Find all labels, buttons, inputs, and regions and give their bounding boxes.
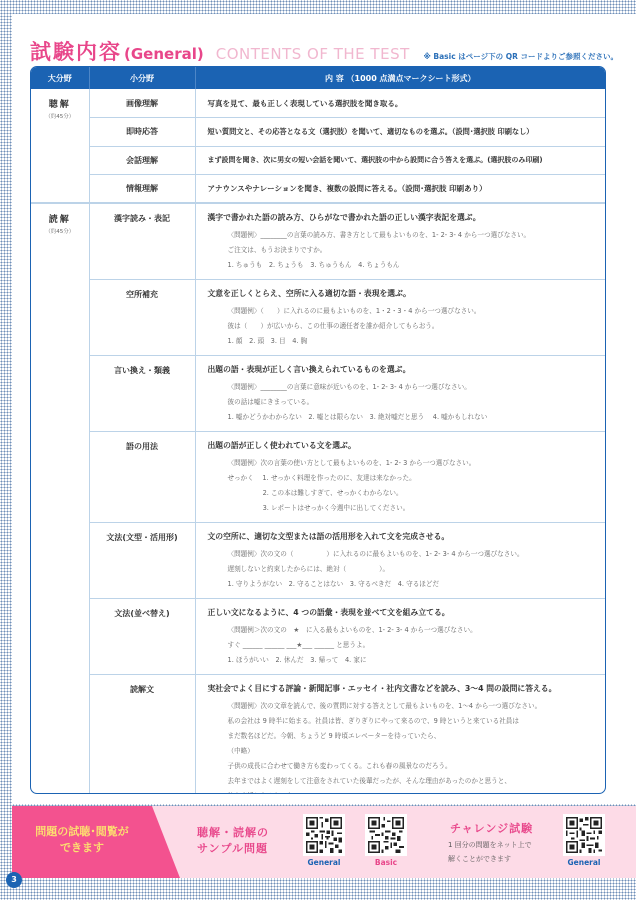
col-major: 大分野 (31, 67, 89, 89)
content-text: まず設問を聞き、次に男女の短い会話を聞いて、選択肢の中から設問に合う答えを選ぶ。… (195, 146, 605, 175)
content-cell: 文意を正しくとらえ、空所に入る適切な語・表現を選ぶ。 〈問題例〉（ ）に入れるの… (195, 280, 605, 356)
basic-note: ※ Basic はページ下の QR コードよりご参照ください。 (424, 51, 619, 62)
sample-label: 聴解・読解の サンプル問題 (197, 825, 269, 857)
minor-label: 会話理解 (89, 146, 195, 175)
example-line: 〈問題例＞次の文の ★ に入る最もよいものを、1- 2- 3- 4 から一つ選び… (208, 623, 598, 638)
minor-label: 文法(文型・活用形) (89, 523, 195, 599)
page-title-general: (General) (124, 45, 204, 63)
challenge-desc: 1 回分の問題をネット上で 解くことができます (448, 838, 532, 866)
major-reading: 読解 （約45分） (31, 203, 89, 794)
example-line: 〈問題例〉次の言葉の使い方として最もよいものを、1- 2- 3 から一つ選びなさ… (208, 456, 598, 471)
example-line: 去年まではよく遅刻をして注意をされていた後輩だったが、そんな理由があったのかと思… (208, 774, 598, 789)
example-line: ご注文は、もうお決まりですか。 (208, 243, 598, 258)
qr-sample-general[interactable]: General (300, 814, 348, 867)
table-row: 空所補充 文意を正しくとらえ、空所に入る適切な語・表現を選ぶ。 〈問題例〉（ ）… (31, 280, 605, 356)
minor-label: 空所補充 (89, 280, 195, 356)
minor-label: 画像理解 (89, 89, 195, 118)
example-line: 1. ほうがいい 2. 休んだ 3. 帰って 4. 家に (208, 653, 598, 668)
table-row: 聴解 （約45分） 画像理解 写真を見て、最も正しく表現している選択肢を聞き取る… (31, 89, 605, 118)
qr-code-icon[interactable] (563, 814, 605, 856)
example-line: 〈問題例〉次の文の（ ）に入れるのに最もよいものを、1- 2- 3- 4 から一… (208, 547, 598, 562)
example-line: 1. 守りようがない 2. 守ることはない 3. 守るべきだ 4. 守るほどだ (208, 577, 598, 592)
example-line: 彼を応援したくなった。 (208, 789, 598, 794)
content-text: 写真を見て、最も正しく表現している選択肢を聞き取る。 (195, 89, 605, 118)
minor-label: 即時応答 (89, 118, 195, 147)
content-cell: 文の空所に、適切な文型または語の活用形を入れて文を完成させる。 〈問題例〉次の文… (195, 523, 605, 599)
content-desc: 出題の語が正しく使われている文を選ぶ。 (208, 440, 598, 451)
example-line: 子供の成長に合わせて働き方も変わってくる。これも春の風景なのだろう。 (208, 759, 598, 774)
content-desc: 文意を正しくとらえ、空所に入る適切な語・表現を選ぶ。 (208, 288, 598, 299)
minor-label: 文法(並べ替え) (89, 599, 195, 675)
minor-label: 情報理解 (89, 175, 195, 204)
table-row: 文法(並べ替え) 正しい文になるように、4 つの語彙・表現を並べて文を組み立てる… (31, 599, 605, 675)
table-row: 即時応答 短い質問文と、その応答となる文（選択肢）を聞いて、適切なものを選ぶ。（… (31, 118, 605, 147)
example-line: 〈問題例〉________の言葉の読み方、書き方として最もよいものを、1- 2-… (208, 228, 598, 243)
example-line: 2. この本は難しすぎて、せっかくわからない。 (208, 486, 598, 501)
example-line: 〈問題例〉（ ）に入れるのに最もよいものを、1・2・3・4 から一つ選びなさい。 (208, 304, 598, 319)
content-cell: 出題の語が正しく使われている文を選ぶ。 〈問題例〉次の言葉の使い方として最もよい… (195, 432, 605, 523)
table-row: 文法(文型・活用形) 文の空所に、適切な文型または語の活用形を入れて文を完成させ… (31, 523, 605, 599)
example-line: せっかく 1. せっかく料理を作ったのに、友達は来なかった。 (208, 471, 598, 486)
qr-sample-basic[interactable]: Basic (362, 814, 410, 867)
content-desc: 正しい文になるように、4 つの語彙・表現を並べて文を組み立てる。 (208, 607, 598, 618)
page-number: 3 (6, 872, 22, 888)
table-row: 情報理解 アナウンスやナレーションを聞き、複数の設問に答える。（設問･選択肢 印… (31, 175, 605, 204)
minor-label: 読解文 (89, 675, 195, 795)
table-row: 読解文 実社会でよく目にする評論・新聞記事・エッセイ・社内文書などを読み、3～4… (31, 675, 605, 795)
example-line: 3. レポートはせっかく今週中に出してください。 (208, 501, 598, 516)
example-line: 彼は（ ）が広いから、この仕事の適任者を誰か紹介してもらおう。 (208, 319, 598, 334)
content-text: アナウンスやナレーションを聞き、複数の設問に答える。（設問･選択肢 印刷あり） (195, 175, 605, 204)
content-desc: 出題の語・表現が正しく言い換えられているものを選ぶ。 (208, 364, 598, 375)
challenge-title: チャレンジ試験 (450, 820, 533, 836)
table-header: 大分野 小分野 内 容 （1000 点満点マークシート形式） (31, 67, 605, 89)
title-row: 試験内容 (General) CONTENTS OF THE TEST ※ Ba… (30, 36, 630, 66)
content-cell: 実社会でよく目にする評論・新聞記事・エッセイ・社内文書などを読み、3～4 問の設… (195, 675, 605, 795)
qr-challenge-general[interactable]: General (560, 814, 608, 867)
table-row: 読解 （約45分） 漢字読み・表記 漢字で書かれた語の読み方、ひらがなで書かれた… (31, 203, 605, 280)
example-line: 〈問題例〉次の文章を読んで、後の質問に対する答えとして最もよいものを、1～4 か… (208, 699, 598, 714)
example-line: 彼の話は嘘にきまっている。 (208, 395, 598, 410)
example-line: 1. ちゅうも 2. ちょうも 3. ちゅうもん 4. ちょうもん (208, 258, 598, 273)
table-row: 言い換え・類義 出題の語・表現が正しく言い換えられているものを選ぶ。 〈問題例〉… (31, 356, 605, 432)
example-line: 1. 顔 2. 頭 3. 目 4. 胸 (208, 334, 598, 349)
example-line: すぐ ______ ______ ___★___ ______ と思うよ。 (208, 638, 598, 653)
minor-label: 語の用法 (89, 432, 195, 523)
content-cell: 出題の語・表現が正しく言い換えられているものを選ぶ。 〈問題例〉________… (195, 356, 605, 432)
page-title: 試験内容 (30, 36, 122, 66)
qr-code-icon[interactable] (365, 814, 407, 856)
contents-table: 大分野 小分野 内 容 （1000 点満点マークシート形式） 聴解 （約45分）… (30, 66, 606, 794)
example-line: 遅刻しないと約束したからには、絶対（ ）。 (208, 562, 598, 577)
footer-highlight: 問題の試聴･閲覧が できます (12, 806, 180, 878)
content-desc: 文の空所に、適切な文型または語の活用形を入れて文を完成させる。 (208, 531, 598, 542)
example-line: （中略） (208, 744, 598, 759)
example-line: 私の会社は 9 時半に始まる。社員は皆、ぎりぎりにやって来るので、9 時というと… (208, 714, 598, 729)
col-content: 内 容 （1000 点満点マークシート形式） (195, 67, 605, 89)
minor-label: 漢字読み・表記 (89, 203, 195, 280)
table-row: 会話理解 まず設問を聞き、次に男女の短い会話を聞いて、選択肢の中から設問に合う答… (31, 146, 605, 175)
col-minor: 小分野 (89, 67, 195, 89)
content-desc: 実社会でよく目にする評論・新聞記事・エッセイ・社内文書などを読み、3～4 問の設… (208, 683, 598, 694)
minor-label: 言い換え・類義 (89, 356, 195, 432)
page-title-english: CONTENTS OF THE TEST (216, 45, 410, 63)
example-line: まだ数名ほどだ。今朝、ちょうど 9 時頃エレベーターを待っていたら、 (208, 729, 598, 744)
major-listening: 聴解 （約45分） (31, 89, 89, 203)
content-text: 短い質問文と、その応答となる文（選択肢）を聞いて、適切なものを選ぶ。（設問･選択… (195, 118, 605, 147)
example-line: 〈問題例〉________の言葉に意味が近いものを、1- 2- 3- 4 から一… (208, 380, 598, 395)
table-row: 語の用法 出題の語が正しく使われている文を選ぶ。 〈問題例〉次の言葉の使い方とし… (31, 432, 605, 523)
content-cell: 正しい文になるように、4 つの語彙・表現を並べて文を組み立てる。 〈問題例＞次の… (195, 599, 605, 675)
footer-banner: 問題の試聴･閲覧が できます 聴解・読解の サンプル問題 General Bas… (12, 806, 636, 878)
example-line: 1. 嘘かどうかわからない 2. 嘘とは限らない 3. 絶対嘘だと思う 4. 嘘… (208, 410, 598, 425)
footer-highlight-text: 問題の試聴･閲覧が できます (12, 824, 152, 856)
qr-code-icon[interactable] (303, 814, 345, 856)
content-desc: 漢字で書かれた語の読み方、ひらがなで書かれた語の正しい漢字表記を選ぶ。 (208, 212, 598, 223)
content-cell: 漢字で書かれた語の読み方、ひらがなで書かれた語の正しい漢字表記を選ぶ。 〈問題例… (195, 203, 605, 280)
